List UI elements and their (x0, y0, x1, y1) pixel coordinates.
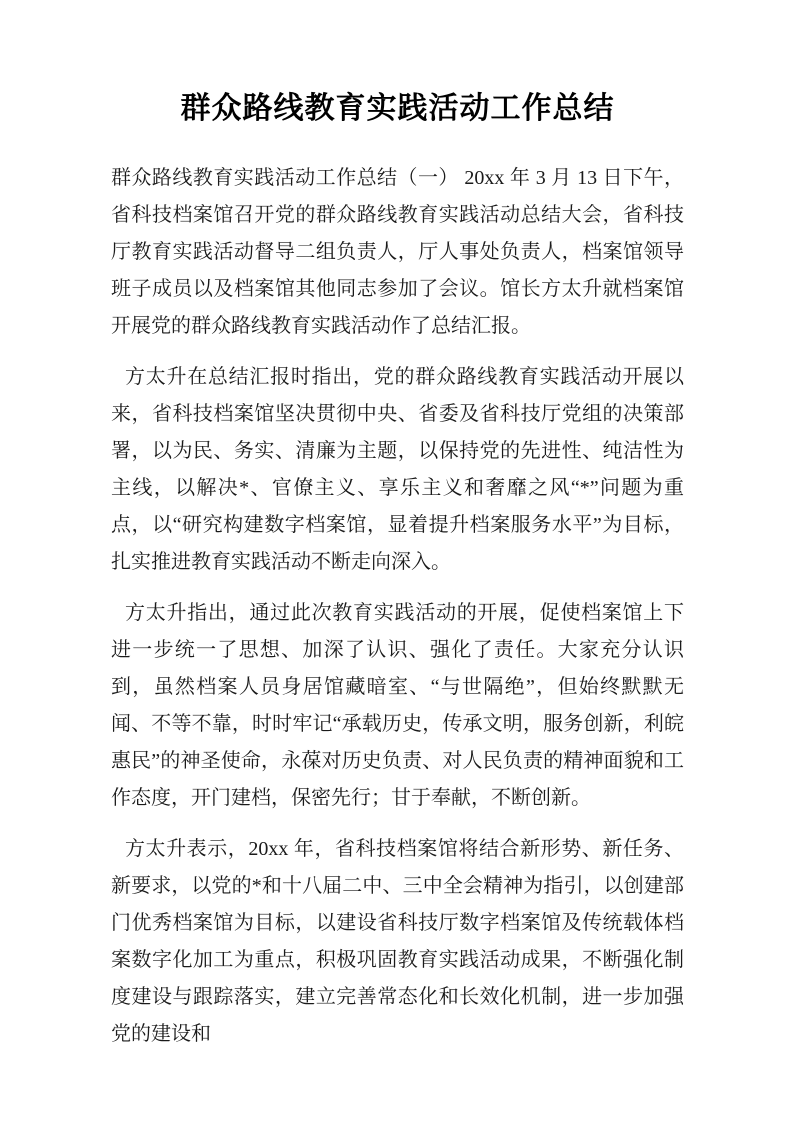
document-page: 群众路线教育实践活动工作总结 群众路线教育实践活动工作总结（一） 20xx 年 … (0, 0, 793, 1122)
document-title: 群众路线教育实践活动工作总结 (111, 88, 684, 130)
paragraph-intro: 群众路线教育实践活动工作总结（一） 20xx 年 3 月 13 日下午，省科技档… (111, 160, 684, 345)
paragraph-future-plans: 方太升表示，20xx 年，省科技档案馆将结合新形势、新任务、新要求，以党的*和十… (111, 831, 684, 1053)
paragraph-achievements: 方太升指出，通过此次教育实践活动的开展，促使档案馆上下进一步统一了思想、加深了认… (111, 595, 684, 817)
paragraph-summary-report: 方太升在总结汇报时指出，党的群众路线教育实践活动开展以来，省科技档案馆坚决贯彻中… (111, 359, 684, 581)
